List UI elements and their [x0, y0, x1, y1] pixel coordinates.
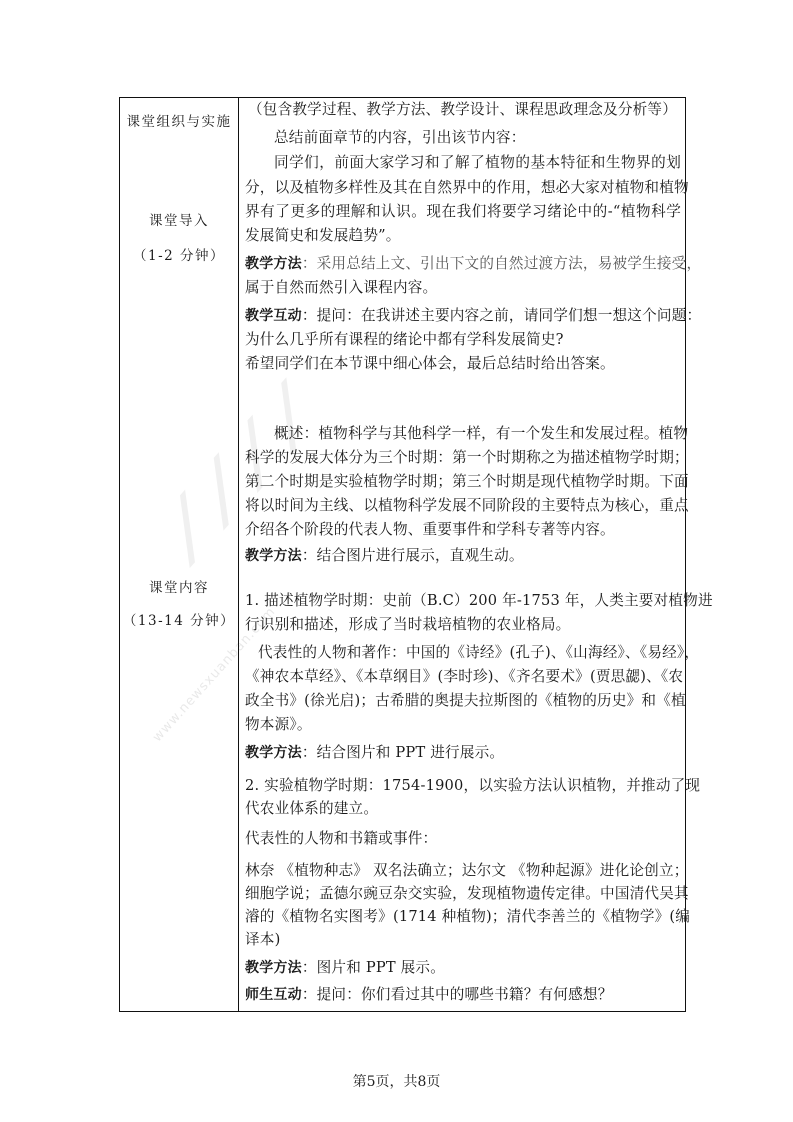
period2-heading: 代表性的人物和书籍或事件：: [245, 830, 681, 848]
method-label: 教学方法: [245, 745, 302, 761]
method-text: ：结合图片和 PPT 进行展示。: [302, 744, 504, 761]
period1-line: 行识别和描述，形成了当时栽培植物的农业格局。: [245, 616, 681, 634]
intro-line: 界有了更多的理解和认识。现在我们将要学习绪论中的-“植物科学: [245, 203, 681, 221]
overview-line: 科学的发展大体分为三个时期：第一个时期称之为描述植物学时期；: [245, 449, 681, 467]
page-indicator: 第5页，共8页: [0, 1071, 793, 1091]
content-method-3: 教学方法：图片和 PPT 展示。: [245, 959, 681, 977]
period2-events-line: 林奈 《植物种志》 双名法确立；达尔文 《物种起源》进化论创立；: [245, 862, 681, 880]
section-duration-content: （13-14 分钟）: [120, 609, 238, 629]
period1-works-line: 代表性的人物和著作：中国的《诗经》(孔子)、《山海经》、《易经》，: [258, 644, 681, 662]
overview-line: 概述：植物科学与其他科学一样，有一个发生和发展过程。植物: [274, 425, 681, 443]
intro-method: 教学方法：采用总结上文、引出下文的自然过渡方法，易被学生接受，: [245, 255, 681, 273]
method-label: 教学方法: [245, 548, 302, 564]
period2-line: 2. 实验植物学时期：1754-1900，以实验方法认识植物，并推动了现: [245, 777, 681, 795]
method-label: 教学方法: [245, 256, 302, 272]
intro-interaction-cont: 希望同学们在本节课中细心体会，最后总结时给出答案。: [245, 355, 681, 373]
method-text: ：采用总结上文、引出下文的自然过渡方法，易被学生接受，: [302, 255, 701, 272]
intro-line: 发展简史和发展趋势”。: [245, 227, 681, 245]
section-duration-intro: （1-2 分钟）: [120, 244, 238, 264]
interaction-label: 师生互动: [245, 987, 302, 1003]
period2-events-line: 译本): [245, 931, 681, 949]
interaction-text: ：提问：在我讲述主要内容之前，请同学们想一想这个问题：: [302, 307, 701, 324]
intro-line: 同学们，前面大家学习和了解了植物的基本特征和生物界的划: [274, 154, 681, 172]
period1-works-line: 《神农本草经》、《本草纲目》(李时珍)、《齐名要术》(贾思勰)、《农: [245, 668, 681, 686]
period1-line: 1. 描述植物学时期：史前（B.C）200 年-1753 年，人类主要对植物进: [245, 592, 681, 610]
period2-line: 代农业体系的建立。: [245, 800, 681, 818]
method-label: 教学方法: [245, 960, 302, 976]
overview-line: 将以时间为主线、以植物科学发展不同阶段的主要特点为核心，重点: [245, 497, 681, 515]
intro-interaction: 教学互动：提问：在我讲述主要内容之前，请同学们想一想这个问题：: [245, 307, 681, 325]
table-column-divider: [238, 97, 239, 1012]
header-note: （包含教学过程、教学方法、教学设计、课程思政理念及分析等）: [248, 101, 684, 119]
interaction-text: ：提问：你们看过其中的哪些书籍？有何感想？: [302, 986, 613, 1003]
intro-line: 总结前面章节的内容，引出该节内容：: [274, 129, 710, 147]
period1-works-line: 政全书》(徐光启)；古希腊的奥提夫拉斯图的《植物的历史》和《植: [245, 692, 681, 710]
document-page: ⟋⟋⟋⟋ www.newsxuanban.com 课堂组织与实施 课堂导入 （1…: [0, 0, 793, 1122]
content-method-2: 教学方法：结合图片和 PPT 进行展示。: [245, 744, 681, 762]
period2-events-line: 细胞学说；孟德尔豌豆杂交实验，发现植物遗传定律。中国清代吴其: [245, 885, 681, 903]
content-interaction: 师生互动：提问：你们看过其中的哪些书籍？有何感想？: [245, 986, 681, 1004]
interaction-label: 教学互动: [245, 308, 302, 324]
intro-method-cont: 属于自然而然引入课程内容。: [245, 279, 681, 297]
intro-line: 分，以及植物多样性及其在自然界中的作用，想必大家对植物和植物: [245, 179, 681, 197]
method-text: ：结合图片进行展示，直观生动。: [302, 547, 524, 564]
section-label-intro: 课堂导入: [120, 209, 238, 229]
method-text: ：图片和 PPT 展示。: [302, 959, 445, 976]
overview-line: 第二个时期是实验植物学时期；第三个时期是现代植物学时期。下面: [245, 473, 681, 491]
period1-works-line: 物本源》。: [245, 716, 681, 734]
header-label: 课堂组织与实施: [120, 110, 238, 130]
overview-line: 介绍各个阶段的代表人物、重要事件和学科专著等内容。: [245, 521, 681, 539]
section-label-content: 课堂内容: [120, 576, 238, 596]
period2-events-line: 濬的《植物名实图考》(1714 种植物)；清代李善兰的《植物学》(编: [245, 908, 681, 926]
content-method-1: 教学方法：结合图片进行展示，直观生动。: [245, 547, 681, 565]
intro-interaction-cont: 为什么几乎所有课程的绪论中都有学科发展简史?: [245, 331, 681, 349]
